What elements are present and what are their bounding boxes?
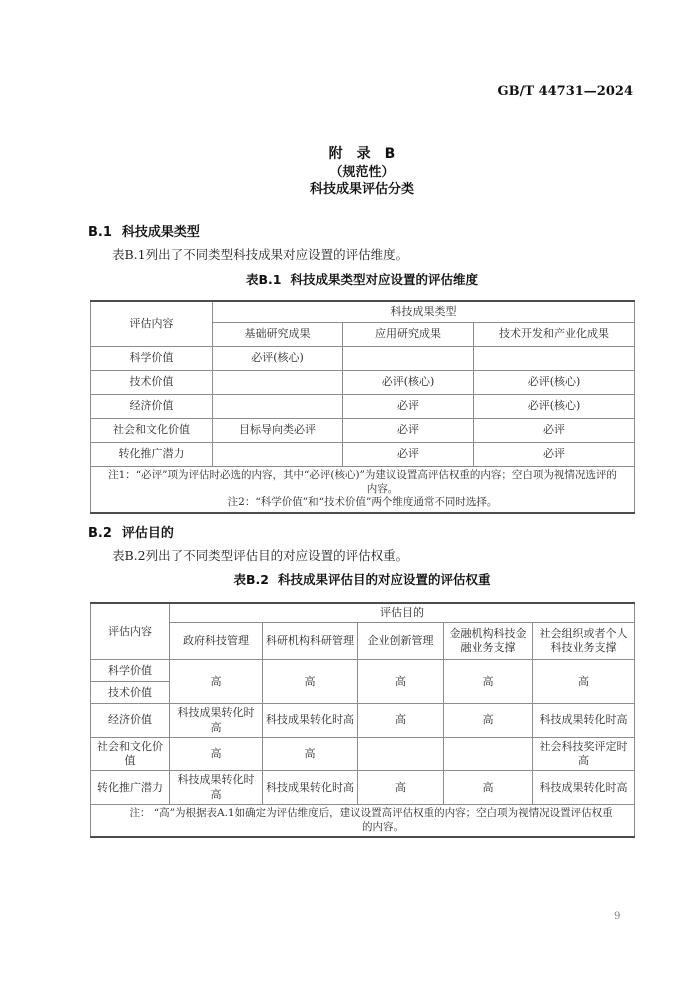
data-cell: 必评 [343,443,474,467]
header-line: 融业务支撑 [447,641,529,655]
table-row: 转化推广潜力 必评 必评 [91,443,635,467]
header-cell: 科技成果类型 [213,301,635,323]
row-label-cell: 技术价值 [91,682,170,704]
table-row: 技术价值 必评(核心) 必评(核心) [91,371,635,395]
document-page: GB/T 44731—2024 附 录 B （规范性） 科技成果评估分类 B.1… [0,0,700,987]
header-line: 金融机构科技金 [447,627,529,641]
table-row: 科学价值 高 高 高 高 高 [91,660,635,682]
data-cell [474,347,635,371]
table-row: 注： “高”为根据表A.1如确定为评估维度后，建议设置高评估权重的内容；空白项为… [91,805,635,838]
data-cell: 必评 [474,419,635,443]
table-row: 注1：“必评”项为评估时必选的内容，其中“必评(核心)”为建议设置高评估权重的内… [91,467,635,513]
row-label-cell: 社会和文化价值 [91,737,170,771]
data-cell: 高 [358,771,444,805]
section-b2-number: B.2 [88,526,112,541]
data-cell: 科技成果转化时高 [170,704,263,738]
data-cell [358,737,444,771]
data-cell: 必评 [343,419,474,443]
appendix-title-line1: 附 录 B [90,145,634,164]
table-b2-caption-title: 科技成果评估目的对应设置的评估权重 [278,572,491,587]
note-line-continuation: 的内容。 [135,821,631,835]
data-cell: 必评(核心) [213,347,343,371]
appendix-title-block: 附 录 B （规范性） 科技成果评估分类 [90,145,634,198]
table-b1-notes: 注1：“必评”项为评估时必选的内容，其中“必评(核心)”为建议设置高评估权重的内… [91,467,635,513]
data-cell: 社会科技奖评定时高 [533,737,635,771]
data-cell: 必评(核心) [474,371,635,395]
table-b1: 评估内容 科技成果类型 基础研究成果 应用研究成果 技术开发和产业化成果 科学价… [90,300,635,514]
data-cell: 高 [263,660,358,704]
data-cell: 必评 [343,395,474,419]
table-row: 评估内容 科技成果类型 [91,301,635,323]
table-b1-caption-title: 科技成果类型对应设置的评估维度 [290,272,478,287]
data-cell: 科技成果转化时高 [533,704,635,738]
table-row: 经济价值 必评 必评(核心) [91,395,635,419]
header-cell: 社会组织或者个人科技业务支撑 [533,623,635,660]
data-cell [213,371,343,395]
section-b1-number: B.1 [88,225,112,240]
data-cell: 高 [358,660,444,704]
appendix-title-line3: 科技成果评估分类 [90,181,634,198]
row-label-cell: 科学价值 [91,347,213,371]
header-cell: 企业创新管理 [358,623,444,660]
section-b1-title: 科技成果类型 [122,225,200,240]
header-line: 政府科技管理 [173,634,259,648]
header-cell: 科研机构科研管理 [263,623,358,660]
table-b2-note: 注： “高”为根据表A.1如确定为评估维度后，建议设置高评估权重的内容；空白项为… [91,805,635,838]
header-cell: 金融机构科技金融业务支撑 [444,623,533,660]
header-cell: 评估内容 [91,301,213,347]
row-label-cell: 经济价值 [91,395,213,419]
table-b2: 评估内容 评估目的 政府科技管理 科研机构科研管理 企业创新管理 金融机构科技金… [90,602,635,838]
table-row: 科学价值 必评(核心) [91,347,635,371]
data-cell: 高 [170,737,263,771]
data-cell [444,737,533,771]
table-row: 转化推广潜力 科技成果转化时高 科技成果转化时高 高 高 科技成果转化时高 [91,771,635,805]
row-label-cell: 技术价值 [91,371,213,395]
note-line-continuation: 内容。 [134,483,631,497]
note-line: 注1：“必评”项为评估时必选的内容，其中“必评(核心)”为建议设置高评估权重的内… [94,469,631,483]
data-cell: 科技成果转化时高 [170,771,263,805]
data-cell: 必评(核心) [474,395,635,419]
header-cell: 政府科技管理 [170,623,263,660]
data-cell: 高 [444,660,533,704]
data-cell: 目标导向类必评 [213,419,343,443]
section-b2-heading: B.2评估目的 [88,522,174,541]
row-label-cell: 转化推广潜力 [91,771,170,805]
data-cell [343,347,474,371]
section-b1-paragraph: 表B.1列出了不同类型科技成果对应设置的评估维度。 [112,245,408,263]
table-row: 社会和文化价值 目标导向类必评 必评 必评 [91,419,635,443]
data-cell: 高 [444,704,533,738]
standard-code-header: GB/T 44731—2024 [498,84,633,99]
header-line: 科研机构科研管理 [266,634,354,648]
header-line: 社会组织或者个人 [536,627,631,641]
data-cell [213,443,343,467]
header-cell: 基础研究成果 [213,323,343,347]
section-b2-paragraph: 表B.2列出了不同类型评估目的对应设置的评估权重。 [112,546,408,564]
data-cell [213,395,343,419]
data-cell: 科技成果转化时高 [263,704,358,738]
note-line: 注2：“科学价值”和“技术价值”两个维度通常不同时选择。 [94,496,631,510]
data-cell: 高 [170,660,263,704]
data-cell: 高 [358,704,444,738]
row-label-cell: 转化推广潜力 [91,443,213,467]
data-cell: 高 [444,771,533,805]
header-cell: 评估内容 [91,603,170,660]
row-label-cell: 科学价值 [91,660,170,682]
header-cell: 评估目的 [170,603,635,623]
table-b1-caption-number: 表B.1 [246,272,281,287]
data-cell: 科技成果转化时高 [263,771,358,805]
table-row: 社会和文化价值 高 高 社会科技奖评定时高 [91,737,635,771]
page-number: 9 [614,911,620,922]
appendix-title-line2: （规范性） [90,164,634,181]
header-line: 企业创新管理 [361,634,440,648]
data-cell: 高 [533,660,635,704]
table-b1-caption: 表B.1科技成果类型对应设置的评估维度 [90,270,634,288]
section-b2-title: 评估目的 [122,526,174,541]
table-b2-caption: 表B.2科技成果评估目的对应设置的评估权重 [90,570,634,588]
data-cell: 高 [263,737,358,771]
row-label-cell: 经济价值 [91,704,170,738]
note-line: 注： “高”为根据表A.1如确定为评估维度后，建议设置高评估权重的内容；空白项为… [111,807,631,821]
header-cell: 技术开发和产业化成果 [474,323,635,347]
data-cell: 必评 [474,443,635,467]
table-b2-caption-number: 表B.2 [234,572,269,587]
table-row: 评估内容 评估目的 [91,603,635,623]
table-row: 经济价值 科技成果转化时高 科技成果转化时高 高 高 科技成果转化时高 [91,704,635,738]
data-cell: 科技成果转化时高 [533,771,635,805]
header-cell: 应用研究成果 [343,323,474,347]
row-label-cell: 社会和文化价值 [91,419,213,443]
header-line: 科技业务支撑 [536,641,631,655]
section-b1-heading: B.1科技成果类型 [88,221,200,240]
data-cell: 必评(核心) [343,371,474,395]
table-row: 政府科技管理 科研机构科研管理 企业创新管理 金融机构科技金融业务支撑 社会组织… [91,623,635,660]
